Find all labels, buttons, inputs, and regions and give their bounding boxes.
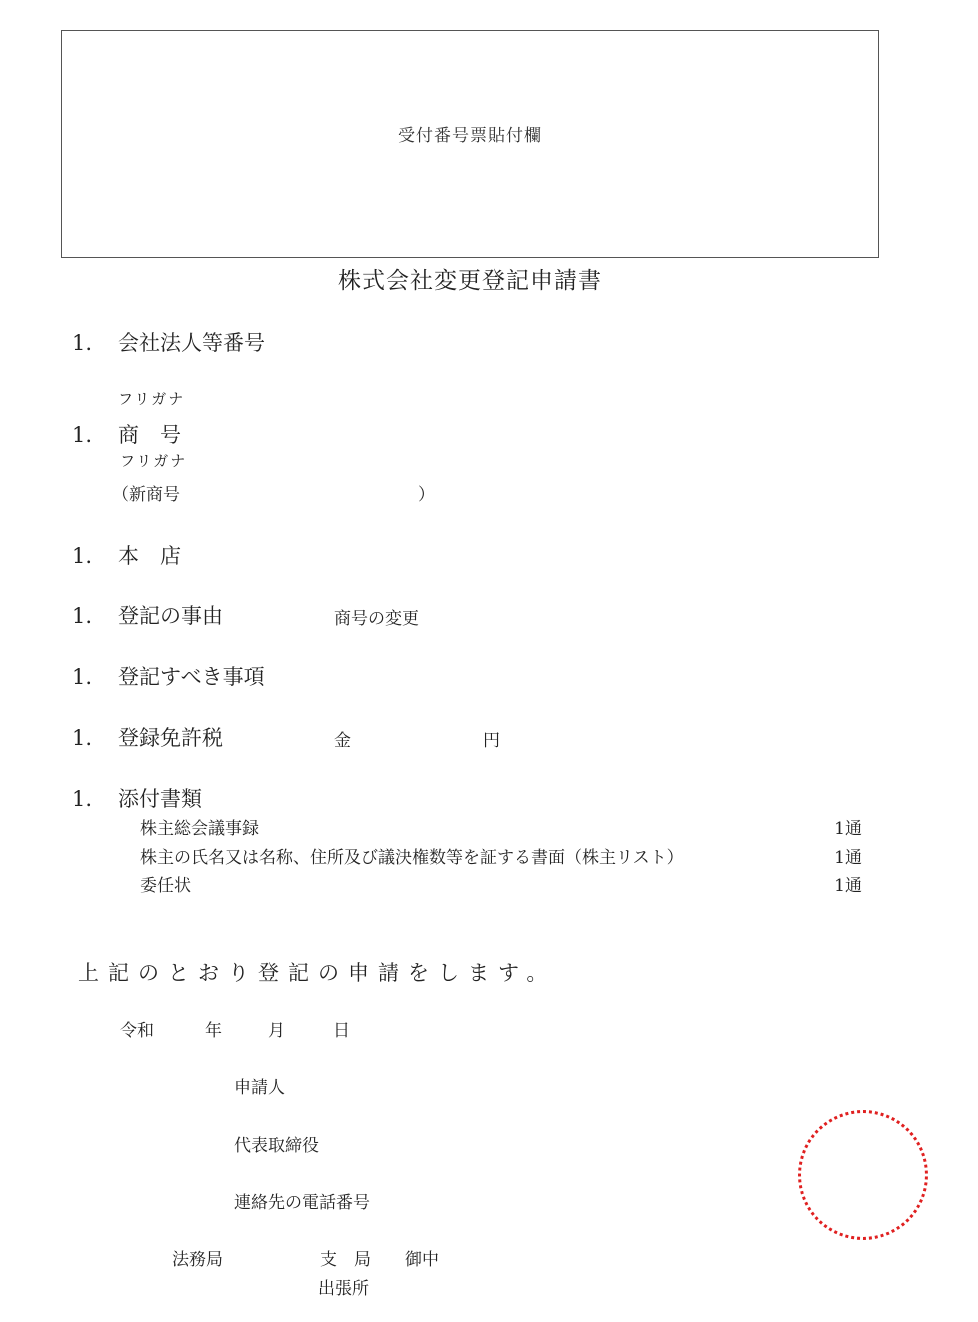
attachment-row: 株主の氏名又は名称、住所及び議決権数等を証する書面（株主リスト） 1通 [140, 843, 862, 868]
item-number: 1. [72, 665, 118, 689]
item-matters-to-register: 1.登記すべき事項 [72, 661, 265, 691]
item-label: 登記すべき事項 [118, 665, 265, 689]
attachment-name: 委任状 [140, 871, 191, 896]
new-trade-name-open: （新商号 [112, 480, 180, 505]
date-day: 日 [333, 1016, 350, 1041]
legal-affairs-bureau-label: 法務局 [172, 1245, 223, 1270]
date-month: 月 [268, 1016, 285, 1041]
representative-director-label: 代表取締役 [234, 1131, 319, 1156]
item-label: 会社法人等番号 [118, 331, 265, 355]
tax-amount-suffix: 円 [483, 726, 500, 751]
attachment-count: 1通 [834, 814, 862, 839]
item-label: 本 店 [118, 544, 181, 568]
item-trade-name: 1.商 号 [72, 419, 181, 449]
item-number: 1. [72, 423, 118, 447]
item-number: 1. [72, 331, 118, 355]
item-number: 1. [72, 544, 118, 568]
item-registration-reason: 1.登記の事由 [72, 600, 223, 630]
item-number: 1. [72, 726, 118, 750]
item-attached-documents: 1.添付書類 [72, 783, 202, 813]
item-label: 商 号 [118, 423, 181, 447]
receipt-number-sticker-box: 受付番号票貼付欄 [61, 30, 879, 258]
item-label: 登録免許税 [118, 726, 223, 750]
branch-bureau-label: 支 局 [320, 1245, 371, 1270]
declaration-text: 上記のとおり登記の申請をします。 [78, 957, 556, 987]
item-label: 登記の事由 [118, 604, 223, 628]
attachment-row: 株主総会議事録 1通 [140, 814, 862, 839]
document-title: 株式会社変更登記申請書 [0, 262, 940, 295]
attachment-name: 株主の氏名又は名称、住所及び議決権数等を証する書面（株主リスト） [140, 843, 684, 868]
item-number: 1. [72, 787, 118, 811]
contact-phone-label: 連絡先の電話番号 [234, 1188, 370, 1213]
furigana-label: フリガナ [118, 388, 185, 409]
item-number: 1. [72, 604, 118, 628]
date-year: 年 [205, 1016, 222, 1041]
seal-stamp-placeholder [798, 1110, 928, 1240]
new-trade-name-close: ） [418, 480, 435, 505]
registration-reason-value: 商号の変更 [334, 604, 419, 629]
item-registration-tax: 1.登録免許税 [72, 722, 223, 752]
item-label: 添付書類 [118, 787, 202, 811]
attachment-count: 1通 [834, 871, 862, 896]
attachment-row: 委任状 1通 [140, 871, 862, 896]
item-corporate-number: 1.会社法人等番号 [72, 327, 265, 357]
date-era: 令和 [120, 1016, 154, 1041]
item-head-office: 1.本 店 [72, 540, 181, 570]
attachment-name: 株主総会議事録 [140, 814, 259, 839]
receipt-box-label: 受付番号票貼付欄 [62, 121, 878, 146]
branch-office-label: 出張所 [318, 1274, 369, 1299]
tax-amount-prefix: 金 [334, 726, 351, 751]
furigana-label: フリガナ [120, 450, 187, 471]
attachment-count: 1通 [834, 843, 862, 868]
applicant-label: 申請人 [234, 1073, 285, 1098]
honorific-label: 御中 [405, 1245, 439, 1270]
